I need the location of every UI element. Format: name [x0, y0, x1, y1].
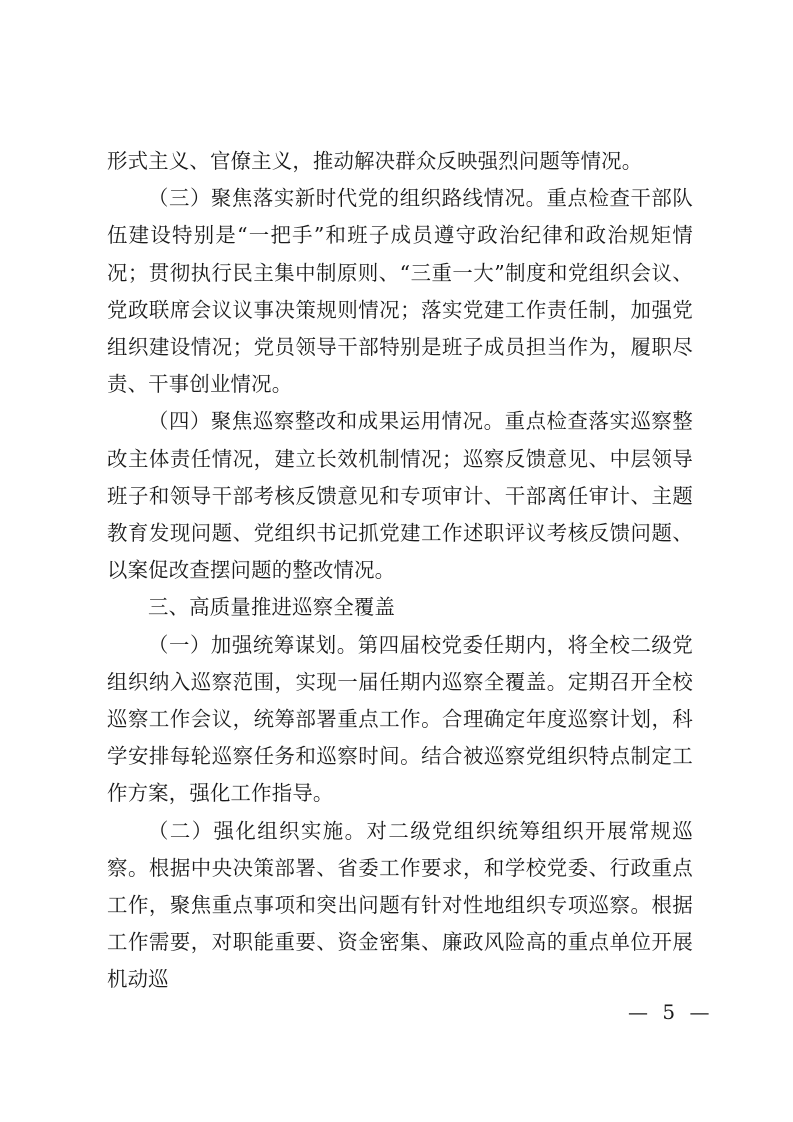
page-number: — 5 —	[628, 1000, 713, 1024]
document-page: 形式主义、官僚主义，推动解决群众反映强烈问题等情况。 （三）聚焦落实新时代党的组…	[107, 143, 693, 999]
paragraph-continuation: 形式主义、官僚主义，推动解决群众反映强烈问题等情况。	[107, 143, 693, 180]
paragraph-item-4: （四）聚焦巡察整改和成果运用情况。重点检查落实巡察整改主体责任情况，建立长效机制…	[107, 403, 693, 589]
paragraph-item-2: （二）强化组织实施。对二级党组织统筹组织开展常规巡察。根据中央决策部署、省委工作…	[107, 813, 693, 999]
section-heading-3: 三、高质量推进巡察全覆盖	[107, 589, 693, 626]
paragraph-item-1: （一）加强统筹谋划。第四届校党委任期内，将全校二级党组织纳入巡察范围，实现一届任…	[107, 627, 693, 813]
paragraph-item-3: （三）聚焦落实新时代党的组织路线情况。重点检查干部队伍建设特别是“一把手”和班子…	[107, 180, 693, 403]
